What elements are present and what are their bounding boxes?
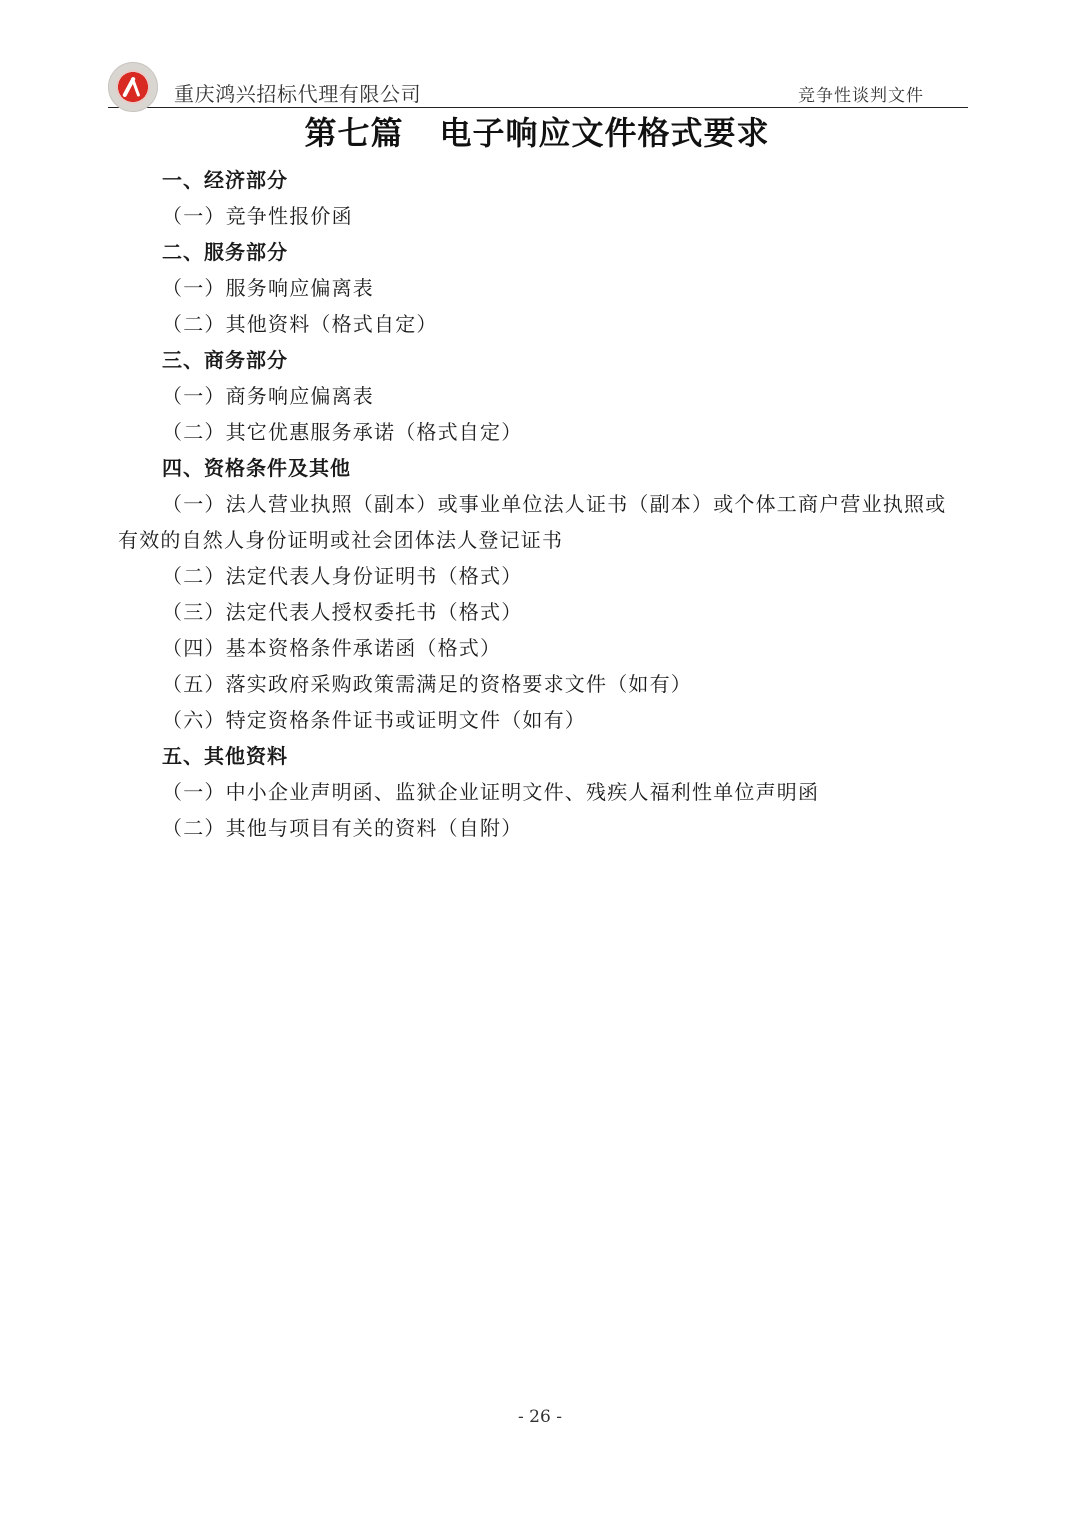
section-heading-economic: 一、经济部分 — [118, 162, 968, 198]
list-item: （五）落实政府采购政策需满足的资格要求文件（如有） — [118, 666, 968, 702]
page-number: - 26 - — [0, 1407, 1074, 1427]
page-header: 重庆鸿兴招标代理有限公司 竞争性谈判文件 — [108, 62, 968, 108]
list-item: （一）法人营业执照（副本）或事业单位法人证书（副本）或个体工商户营业执照或 — [118, 486, 968, 522]
list-item-continuation: 有效的自然人身份证明或社会团体法人登记证书 — [118, 522, 968, 558]
list-item: （一）竞争性报价函 — [118, 198, 968, 234]
list-item: （二）法定代表人身份证明书（格式） — [118, 558, 968, 594]
page-title: 第七篇电子响应文件格式要求 — [0, 108, 1074, 154]
section-heading-qualification: 四、资格条件及其他 — [118, 450, 968, 486]
company-logo-icon — [108, 62, 158, 112]
list-item: （一）服务响应偏离表 — [118, 270, 968, 306]
list-item: （六）特定资格条件证书或证明文件（如有） — [118, 702, 968, 738]
title-part: 第七篇 — [304, 114, 403, 152]
section-heading-other: 五、其他资料 — [118, 738, 968, 774]
company-name: 重庆鸿兴招标代理有限公司 — [174, 78, 421, 107]
title-text: 电子响应文件格式要求 — [440, 114, 770, 152]
list-item: （一）中小企业声明函、监狱企业证明文件、残疾人福利性单位声明函 — [118, 774, 968, 810]
list-item: （四）基本资格条件承诺函（格式） — [118, 630, 968, 666]
list-item: （二）其他与项目有关的资料（自附） — [118, 810, 968, 846]
section-heading-business: 三、商务部分 — [118, 342, 968, 378]
section-heading-service: 二、服务部分 — [118, 234, 968, 270]
list-item: （二）其他资料（格式自定） — [118, 306, 968, 342]
list-item: （三）法定代表人授权委托书（格式） — [118, 594, 968, 630]
document-type: 竞争性谈判文件 — [798, 81, 924, 106]
document-body: 一、经济部分 （一）竞争性报价函 二、服务部分 （一）服务响应偏离表 （二）其他… — [118, 162, 968, 846]
list-item: （一）商务响应偏离表 — [118, 378, 968, 414]
list-item: （二）其它优惠服务承诺（格式自定） — [118, 414, 968, 450]
